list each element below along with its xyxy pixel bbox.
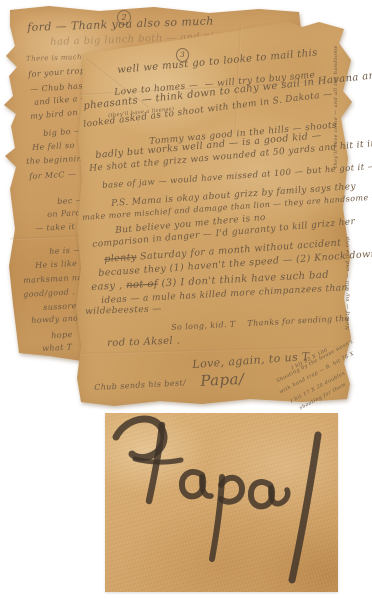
signature-stroke-slash bbox=[292, 435, 318, 580]
signature-stroke-a2-tail bbox=[271, 488, 288, 504]
papa-signature bbox=[105, 413, 338, 592]
signature-stroke-p-stem bbox=[212, 477, 222, 559]
letter-photo: 2 ford — Thank you also so much had a bi… bbox=[0, 0, 372, 599]
signature-inset bbox=[105, 413, 338, 592]
letter-page-3 bbox=[74, 16, 356, 410]
signature-stroke-a1-tail bbox=[202, 477, 211, 496]
